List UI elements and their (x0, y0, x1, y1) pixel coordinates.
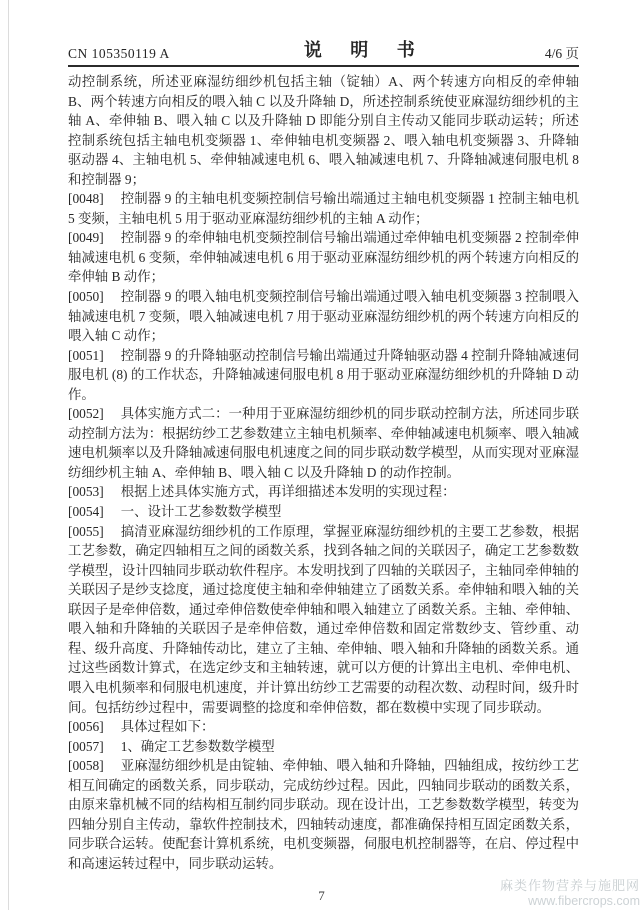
paragraph: [0050]控制器 9 的喂入轴电机变频控制信号输出端通过喂入轴电机变频器 3 … (68, 287, 579, 346)
paragraph-text: 亚麻湿纺细纱机是由锭轴、牵伸轴、喂入轴和升降轴，四轴组成，按纺纱工艺相互间确定的… (68, 758, 579, 871)
paragraph-number: [0055] (68, 524, 104, 539)
paragraph: 动控制系统，所述亚麻湿纺细纱机包括主轴（锭轴）A、两个转速方向相反的牵伸轴 B、… (68, 72, 579, 189)
paragraph-number: [0058] (68, 758, 104, 773)
watermark-url: www.fibercrops.com (500, 894, 640, 908)
paragraph-number: [0048] (68, 191, 104, 206)
paragraph-number: [0054] (68, 504, 104, 519)
paragraph-text: 一、设计工艺参数数学模型 (121, 504, 282, 519)
paragraph-text: 具体过程如下： (121, 719, 215, 734)
paragraph: [0056]具体过程如下： (68, 717, 579, 737)
page-indicator: 4/6 页 (545, 42, 579, 62)
paragraph-number: [0052] (68, 406, 104, 421)
watermark: 麻类作物营养与施肥网 www.fibercrops.com (500, 879, 640, 908)
paragraph-text: 1、确定工艺参数数学模型 (121, 739, 275, 754)
paragraph-text: 具体实施方式二：一种用于亚麻湿纺细纱机的同步联动控制方法，所述同步联动控制方法为… (68, 406, 579, 480)
paragraph: [0057]1、确定工艺参数数学模型 (68, 737, 579, 757)
paragraph-number: [0056] (68, 719, 104, 734)
paragraph-text: 动控制系统，所述亚麻湿纺细纱机包括主轴（锭轴）A、两个转速方向相反的牵伸轴 B、… (68, 74, 579, 187)
paragraph-text: 根据上述具体实施方式，再详细描述本发明的实现过程： (121, 484, 456, 499)
document-title: 说 明 书 (304, 36, 427, 62)
paragraph: [0049]控制器 9 的牵伸轴电机变频控制信号输出端通过牵伸轴电机变频器 2 … (68, 228, 579, 287)
paragraph-number: [0049] (68, 230, 104, 245)
scan-edge-line (8, 0, 9, 910)
paragraph-number: [0050] (68, 289, 104, 304)
paragraph: [0048]控制器 9 的主轴电机变频控制信号输出端通过主轴电机变频器 1 控制… (68, 189, 579, 228)
body-paragraphs: 动控制系统，所述亚麻湿纺细纱机包括主轴（锭轴）A、两个转速方向相反的牵伸轴 B、… (68, 72, 579, 873)
paragraph-text: 控制器 9 的牵伸轴电机变频控制信号输出端通过牵伸轴电机变频器 2 控制牵伸轴减… (68, 230, 579, 284)
paragraph: [0055]搞清亚麻湿纺细纱机的工作原理，掌握亚麻湿纺细纱机的主要工艺参数，根据… (68, 522, 579, 717)
paragraph: [0051]控制器 9 的升降轴驱动控制信号输出端通过升降轴驱动器 4 控制升降… (68, 346, 579, 405)
publication-number: CN 105350119 A (68, 46, 170, 62)
paragraph-text: 控制器 9 的喂入轴电机变频控制信号输出端通过喂入轴电机变频器 3 控制喂入轴减… (68, 289, 579, 343)
paragraph: [0054]一、设计工艺参数数学模型 (68, 502, 579, 522)
paragraph-text: 控制器 9 的升降轴驱动控制信号输出端通过升降轴驱动器 4 控制升降轴减速伺服电… (68, 348, 579, 402)
header-rule (68, 65, 579, 67)
paragraph-number: [0057] (68, 739, 104, 754)
paragraph: [0058]亚麻湿纺细纱机是由锭轴、牵伸轴、喂入轴和升降轴，四轴组成，按纺纱工艺… (68, 756, 579, 873)
paragraph: [0052]具体实施方式二：一种用于亚麻湿纺细纱机的同步联动控制方法，所述同步联… (68, 404, 579, 482)
watermark-site-name: 麻类作物营养与施肥网 (500, 879, 640, 894)
page-header: CN 105350119 A 说 明 书 4/6 页 (68, 36, 579, 62)
paragraph-text: 搞清亚麻湿纺细纱机的工作原理，掌握亚麻湿纺细纱机的主要工艺参数，根据工艺参数，确… (68, 524, 579, 715)
paragraph-number: [0053] (68, 484, 104, 499)
paragraph-number: [0051] (68, 348, 104, 363)
paragraph-text: 控制器 9 的主轴电机变频控制信号输出端通过主轴电机变频器 1 控制主轴电机 5… (68, 191, 579, 226)
paragraph: [0053]根据上述具体实施方式，再详细描述本发明的实现过程： (68, 482, 579, 502)
